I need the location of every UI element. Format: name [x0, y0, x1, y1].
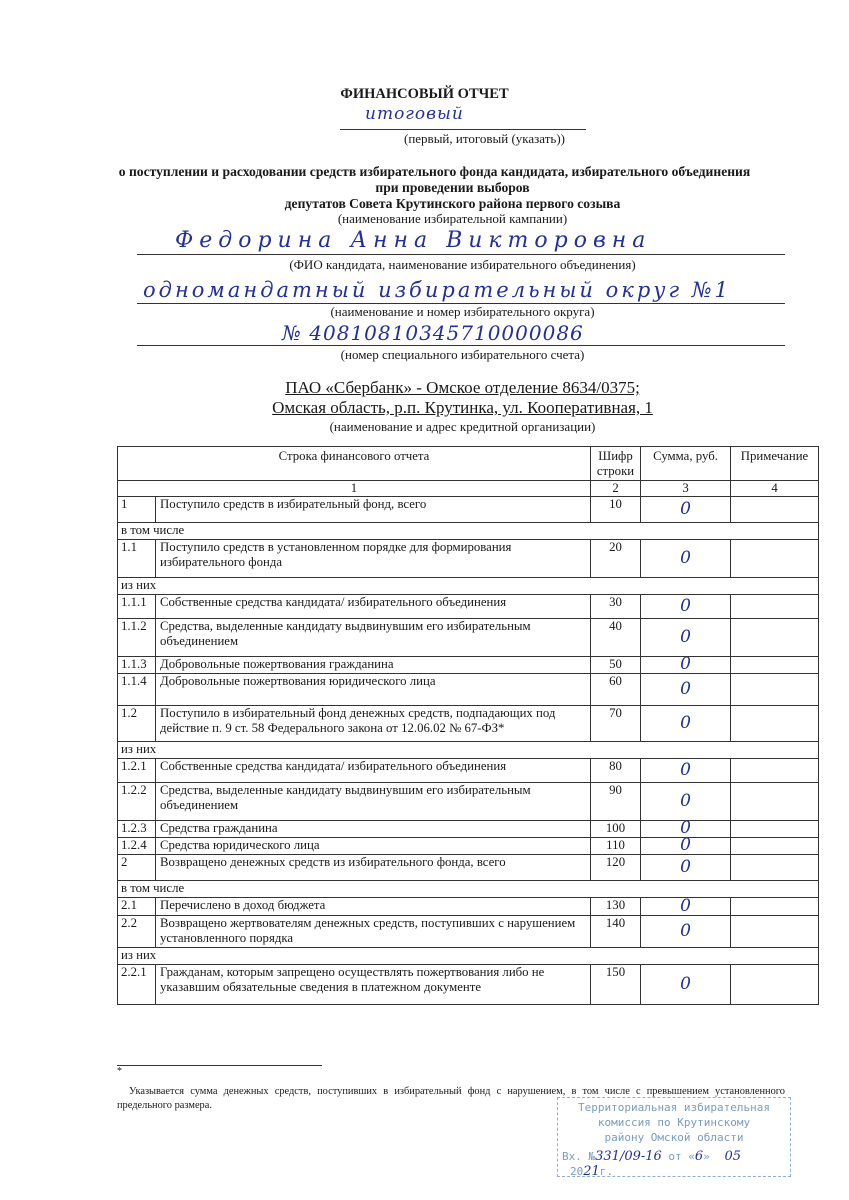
bank-address: Омская область, р.п. Крутинка, ул. Коопе…: [38, 398, 849, 418]
report-type-value: итоговый: [365, 104, 464, 124]
stamp-line2: комиссия по Крутинскому: [558, 1115, 790, 1130]
stamp-incoming-label: Вх. №: [562, 1150, 595, 1163]
district-caption: (наименование и номер избирательного окр…: [38, 304, 849, 320]
row-sum: 0: [641, 916, 731, 948]
stamp-day: 6: [695, 1149, 703, 1164]
row-note: [731, 821, 819, 838]
table-row: 1.1.4Добровольные пожертвования юридичес…: [118, 674, 819, 706]
bank-caption: (наименование и адрес кредитной организа…: [38, 419, 849, 435]
row-description: Собственные средства кандидата/ избирате…: [156, 759, 591, 783]
account-number-value: № 40810810345710000086: [282, 321, 584, 345]
subheader-label: из них: [118, 578, 819, 595]
report-type-underline: [340, 129, 586, 130]
row-description: Собственные средства кандидата/ избирате…: [156, 595, 591, 619]
row-sum-value: 0: [680, 713, 691, 733]
table-subheader-row: в том числе: [118, 523, 819, 540]
candidate-name-value: Федорина Анна Викторовна: [175, 228, 651, 253]
row-sum-value: 0: [680, 654, 691, 674]
row-note: [731, 759, 819, 783]
row-sum: 0: [641, 619, 731, 657]
table-row: 1.1.3Добровольные пожертвования граждани…: [118, 657, 819, 674]
row-code: 60: [591, 674, 641, 706]
header-note: Примечание: [731, 447, 819, 481]
table-row: 2.1Перечислено в доход бюджета1300: [118, 898, 819, 916]
row-description: Средства, выделенные кандидату выдвинувш…: [156, 783, 591, 821]
row-code: 130: [591, 898, 641, 916]
row-code: 80: [591, 759, 641, 783]
row-description: Возвращено жертвователям денежных средст…: [156, 916, 591, 948]
table-row: 1.1Поступило средств в установленном пор…: [118, 540, 819, 578]
row-sum-value: 0: [680, 857, 691, 877]
row-sum: 0: [641, 657, 731, 674]
row-code: 90: [591, 783, 641, 821]
row-number: 2: [118, 855, 156, 881]
row-number: 1.1.1: [118, 595, 156, 619]
column-number-row: 1 2 3 4: [118, 481, 819, 497]
stamp-year-prefix: 20: [570, 1165, 583, 1178]
account-caption: (номер специального избирательного счета…: [38, 347, 849, 363]
stamp-year-label: г.: [600, 1165, 613, 1178]
table-row: 2.2.1Гражданам, которым запрещено осущес…: [118, 965, 819, 1005]
row-note: [731, 965, 819, 1005]
row-description: Поступило в избирательный фонд денежных …: [156, 706, 591, 742]
row-note: [731, 898, 819, 916]
row-number: 1.2.2: [118, 783, 156, 821]
campaign-caption: (наименование избирательной кампании): [28, 211, 849, 227]
footnote-divider: [117, 1065, 322, 1066]
row-sum-value: 0: [680, 548, 691, 568]
report-subject-line2: при проведении выборов: [28, 180, 849, 196]
row-sum-value: 0: [680, 921, 691, 941]
table-row: 1.2.4Средства юридического лица1100: [118, 838, 819, 855]
row-sum-value: 0: [680, 791, 691, 811]
row-number: 1.1: [118, 540, 156, 578]
row-note: [731, 855, 819, 881]
row-note: [731, 497, 819, 523]
row-code: 10: [591, 497, 641, 523]
row-note: [731, 916, 819, 948]
campaign-name: депутатов Совета Крутинского района перв…: [28, 196, 849, 212]
subheader-label: из них: [118, 948, 819, 965]
table-row: 1.2.3Средства гражданина1000: [118, 821, 819, 838]
row-number: 1.1.4: [118, 674, 156, 706]
table-row: 1.2.2Средства, выделенные кандидату выдв…: [118, 783, 819, 821]
row-number: 2.2.1: [118, 965, 156, 1005]
table-row: 1.2.1Собственные средства кандидата/ изб…: [118, 759, 819, 783]
row-number: 1.1.3: [118, 657, 156, 674]
row-sum: 0: [641, 540, 731, 578]
row-description: Перечислено в доход бюджета: [156, 898, 591, 916]
subheader-label: в том числе: [118, 881, 819, 898]
row-note: [731, 783, 819, 821]
row-sum: 0: [641, 838, 731, 855]
candidate-caption: (ФИО кандидата, наименование избирательн…: [38, 257, 849, 273]
row-description: Средства, выделенные кандидату выдвинувш…: [156, 619, 591, 657]
table-header-row: Строка финансового отчета Шифр строки Су…: [118, 447, 819, 481]
table-row: 1.2Поступило в избирательный фонд денежн…: [118, 706, 819, 742]
row-sum: 0: [641, 497, 731, 523]
row-sum-value: 0: [680, 974, 691, 994]
row-sum: 0: [641, 783, 731, 821]
col-number-1: 1: [118, 481, 591, 497]
subheader-label: в том числе: [118, 523, 819, 540]
row-number: 2.2: [118, 916, 156, 948]
row-sum-value: 0: [680, 896, 691, 916]
row-description: Средства юридического лица: [156, 838, 591, 855]
col-number-2: 2: [591, 481, 641, 497]
bank-name: ПАО «Сбербанк» - Омское отделение 8634/0…: [38, 378, 849, 398]
registration-stamp: Территориальная избирательная комиссия п…: [557, 1097, 791, 1177]
row-number: 1: [118, 497, 156, 523]
financial-report-table: Строка финансового отчета Шифр строки Су…: [117, 446, 819, 1005]
row-code: 70: [591, 706, 641, 742]
header-sum: Сумма, руб.: [641, 447, 731, 481]
row-code: 100: [591, 821, 641, 838]
row-sum-value: 0: [680, 679, 691, 699]
row-code: 140: [591, 916, 641, 948]
table-row: 1.1.2Средства, выделенные кандидату выдв…: [118, 619, 819, 657]
subheader-label: из них: [118, 742, 819, 759]
row-code: 110: [591, 838, 641, 855]
district-value: одномандатный избирательный округ №1: [143, 278, 731, 302]
table-row: 2Возвращено денежных средств из избирате…: [118, 855, 819, 881]
table-subheader-row: в том числе: [118, 881, 819, 898]
row-note: [731, 619, 819, 657]
table-row: 1.1.1Собственные средства кандидата/ изб…: [118, 595, 819, 619]
footnote-marker: *: [117, 1066, 122, 1077]
stamp-line1: Территориальная избирательная: [558, 1100, 790, 1115]
row-number: 1.2: [118, 706, 156, 742]
report-subject-line1: о поступлении и расходовании средств изб…: [10, 164, 849, 180]
stamp-month: 05: [724, 1149, 741, 1164]
stamp-incoming-number: 331/09-16: [595, 1149, 662, 1164]
row-code: 20: [591, 540, 641, 578]
report-type-caption: (первый, итоговый (указать)): [60, 131, 849, 147]
stamp-incoming-row: Вх. №331/09-16 от «6» 05 2021г.: [562, 1149, 786, 1179]
row-number: 2.1: [118, 898, 156, 916]
row-sum-value: 0: [680, 499, 691, 519]
row-sum-value: 0: [680, 596, 691, 616]
row-code: 40: [591, 619, 641, 657]
row-code: 150: [591, 965, 641, 1005]
row-sum: 0: [641, 674, 731, 706]
col-number-4: 4: [731, 481, 819, 497]
candidate-underline: [137, 254, 785, 255]
stamp-line3: району Омской области: [558, 1130, 790, 1145]
header-report-line: Строка финансового отчета: [118, 447, 591, 481]
stamp-year-suffix: 21: [583, 1164, 600, 1179]
table-subheader-row: из них: [118, 742, 819, 759]
row-note: [731, 706, 819, 742]
stamp-date-label: от «: [668, 1150, 695, 1163]
row-description: Возвращено денежных средств из избирател…: [156, 855, 591, 881]
table-subheader-row: из них: [118, 578, 819, 595]
row-sum: 0: [641, 706, 731, 742]
row-note: [731, 674, 819, 706]
row-description: Добровольные пожертвования гражданина: [156, 657, 591, 674]
row-description: Гражданам, которым запрещено осуществлят…: [156, 965, 591, 1005]
row-note: [731, 540, 819, 578]
row-sum: 0: [641, 898, 731, 916]
table-row: 1Поступило средств в избирательный фонд,…: [118, 497, 819, 523]
header-row-code: Шифр строки: [591, 447, 641, 481]
row-sum: 0: [641, 759, 731, 783]
row-code: 120: [591, 855, 641, 881]
account-underline: [137, 345, 785, 346]
row-description: Средства гражданина: [156, 821, 591, 838]
row-sum: 0: [641, 855, 731, 881]
row-sum: 0: [641, 965, 731, 1005]
row-description: Поступило средств в избирательный фонд, …: [156, 497, 591, 523]
row-number: 1.2.1: [118, 759, 156, 783]
table-subheader-row: из них: [118, 948, 819, 965]
row-description: Поступило средств в установленном порядк…: [156, 540, 591, 578]
row-number: 1.2.4: [118, 838, 156, 855]
row-sum: 0: [641, 595, 731, 619]
row-number: 1.2.3: [118, 821, 156, 838]
row-sum-value: 0: [680, 627, 691, 647]
row-description: Добровольные пожертвования юридического …: [156, 674, 591, 706]
row-code: 30: [591, 595, 641, 619]
row-sum-value: 0: [680, 760, 691, 780]
row-note: [731, 595, 819, 619]
row-sum-value: 0: [680, 835, 691, 855]
table-row: 2.2Возвращено жертвователям денежных сре…: [118, 916, 819, 948]
row-note: [731, 657, 819, 674]
report-title: ФИНАНСОВЫЙ ОТЧЕТ: [0, 86, 849, 103]
row-note: [731, 838, 819, 855]
col-number-3: 3: [641, 481, 731, 497]
row-number: 1.1.2: [118, 619, 156, 657]
row-code: 50: [591, 657, 641, 674]
